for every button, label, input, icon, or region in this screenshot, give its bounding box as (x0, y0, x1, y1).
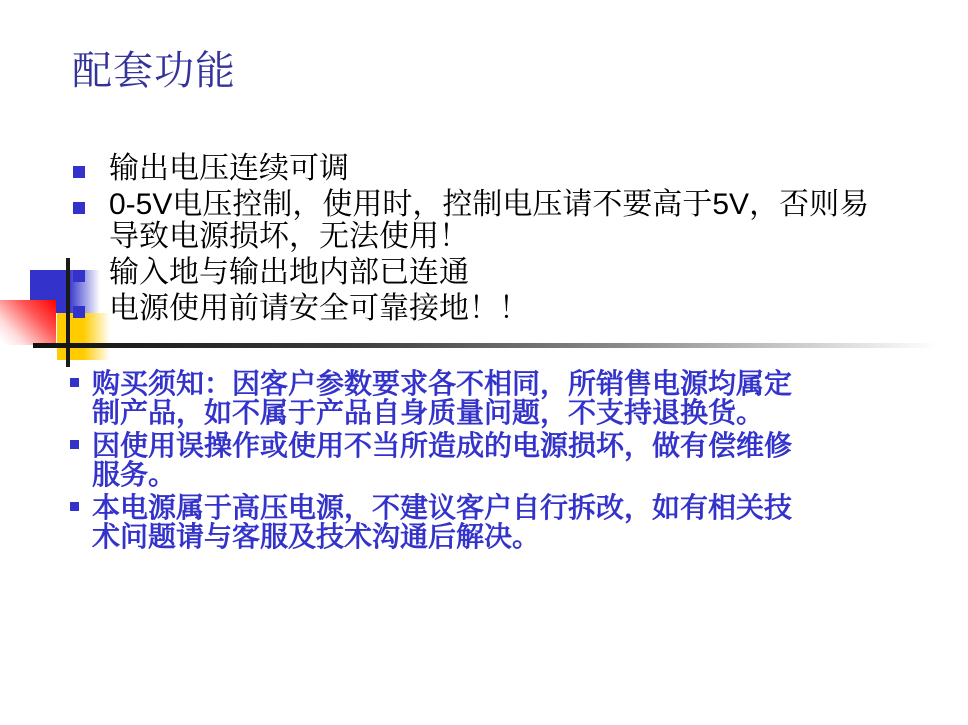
slide-background: 配套功能 输出电压连续可调 0-5V电压控制，使用时，控制电压请不要高于5V，否… (0, 0, 968, 725)
text-line: 输入地与输出地内部已连通 (109, 257, 469, 289)
text-line: 输出电压连续可调 (109, 153, 349, 185)
list-item: 0-5V电压控制，使用时，控制电压请不要高于5V，否则易 导致电源损坏，无法使用… (73, 189, 968, 253)
list-item-text: 输入地与输出地内部已连通 (109, 257, 469, 289)
list-item-text: 输出电压连续可调 (109, 153, 349, 185)
purchase-notes-list: 购买须知：因客户参数要求各不相同，所销售电源均属定 制产品，如不属于产品自身质量… (0, 369, 968, 551)
text-line: 制产品，如不属于产品自身质量问题，不支持退换货。 (92, 398, 792, 427)
list-item: 输入地与输出地内部已连通 (73, 257, 968, 289)
text-line: 本电源属于高压电源，不建议客户自行拆改，如有相关技 (92, 493, 792, 522)
bullet-square-icon (70, 378, 79, 387)
usage-notes-list: 输出电压连续可调 0-5V电压控制，使用时，控制电压请不要高于5V，否则易 导致… (0, 153, 968, 325)
text-line: 0-5V电压控制，使用时，控制电压请不要高于5V，否则易 (109, 189, 869, 221)
list-item: 因使用误操作或使用不当所造成的电源损坏，做有偿维修 服务。 (70, 431, 968, 489)
text-line: 因使用误操作或使用不当所造成的电源损坏，做有偿维修 (92, 431, 792, 460)
bullet-square-icon (73, 270, 85, 282)
list-item-text: 电源使用前请安全可靠接地！！ (109, 293, 529, 325)
list-item: 电源使用前请安全可靠接地！！ (73, 293, 968, 325)
bullet-square-icon (73, 202, 85, 214)
divider-line (33, 343, 938, 348)
text-line: 电源使用前请安全可靠接地！！ (109, 293, 529, 325)
text-line: 术问题请与客服及技术沟通后解决。 (92, 522, 792, 551)
list-item: 输出电压连续可调 (73, 153, 968, 185)
list-item-text: 因使用误操作或使用不当所造成的电源损坏，做有偿维修 服务。 (92, 431, 792, 489)
bullet-square-icon (73, 306, 85, 318)
bullet-square-icon (73, 166, 85, 178)
text-line: 购买须知：因客户参数要求各不相同，所销售电源均属定 (92, 369, 792, 398)
page-title: 配套功能 (72, 50, 236, 92)
list-item-text: 购买须知：因客户参数要求各不相同，所销售电源均属定 制产品，如不属于产品自身质量… (92, 369, 792, 427)
bullet-square-icon (70, 502, 79, 511)
text-line: 导致电源损坏，无法使用！ (109, 221, 869, 253)
list-item: 购买须知：因客户参数要求各不相同，所销售电源均属定 制产品，如不属于产品自身质量… (70, 369, 968, 427)
list-item-text: 本电源属于高压电源，不建议客户自行拆改，如有相关技 术问题请与客服及技术沟通后解… (92, 493, 792, 551)
text-line: 服务。 (92, 460, 792, 489)
list-item: 本电源属于高压电源，不建议客户自行拆改，如有相关技 术问题请与客服及技术沟通后解… (70, 493, 968, 551)
bullet-square-icon (70, 440, 79, 449)
list-item-text: 0-5V电压控制，使用时，控制电压请不要高于5V，否则易 导致电源损坏，无法使用… (109, 189, 869, 253)
